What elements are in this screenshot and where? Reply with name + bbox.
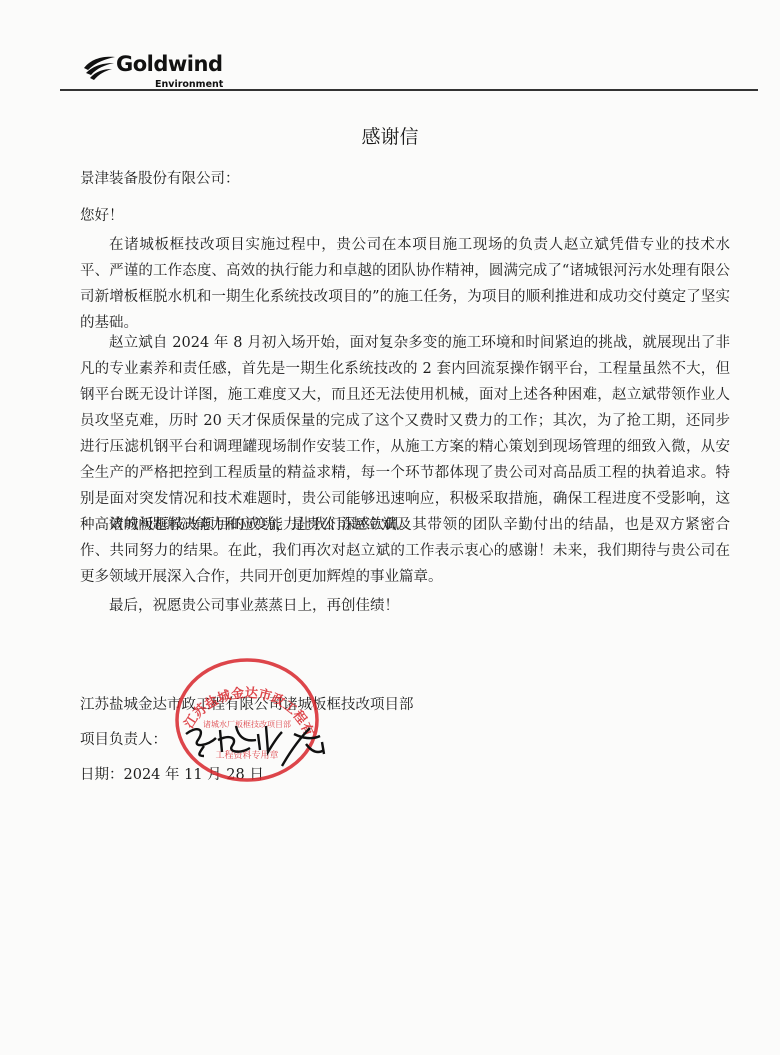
paragraph-3: 诸城板框技改项目的成功，是贵公司赵立斌及其带领的团队辛勤付出的结晶，也是双方紧密… [80,512,730,590]
handwritten-signature-icon [178,712,328,768]
paragraph-2: 赵立斌自 2024 年 8 月初入场开始，面对复杂多变的施工环境和时间紧迫的挑战… [80,330,730,538]
responsible-label: 项目负责人： [80,728,167,749]
letter-title: 感谢信 [0,122,780,149]
header-divider [60,89,758,91]
letter-greeting: 您好！ [80,203,730,229]
logo-wordmark: Goldwind [116,52,222,76]
wind-swoosh-icon [82,54,116,80]
paragraph-1: 在诸城板框技改项目实施过程中，贵公司在本项目施工现场的负责人赵立斌凭借专业的技术… [80,232,730,336]
paragraph-4: 最后，祝愿贵公司事业蒸蒸日上，再创佳绩！ [80,593,730,619]
goldwind-logo: Goldwind Environment [82,50,242,92]
letter-salutation: 景津装备股份有限公司： [80,166,730,192]
